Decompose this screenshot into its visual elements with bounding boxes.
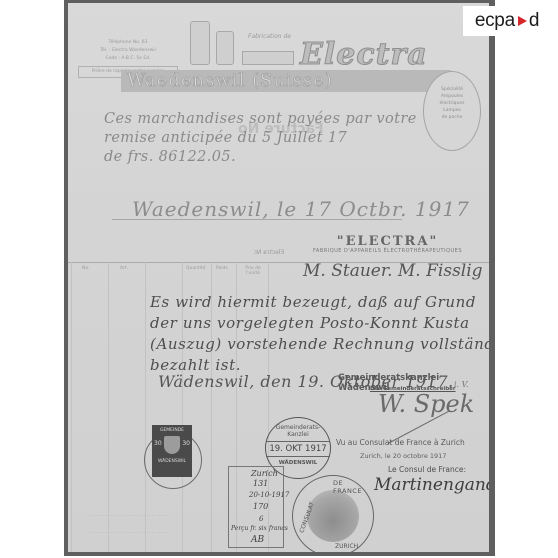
registry-line: Zurich (251, 469, 278, 478)
consul-signature: Martinengand (374, 475, 489, 495)
fine-print: · · · · · · · · · · · · · · · · · · · · … (88, 513, 168, 518)
logo-text: d (529, 10, 539, 32)
cert-line: (Auszug) vorstehende Rechnung vollständi… (150, 334, 489, 355)
registry-line: Perçu fr. six francs (231, 525, 288, 532)
note-line: Ces marchandises sont payées par votre (104, 110, 417, 129)
table-column-rule (145, 262, 146, 552)
seal-emblem-icon (307, 490, 359, 542)
date-stamp-top: Gemeinderats-Kanzlei (266, 424, 330, 438)
bleed-through-text: Electra Nr. (253, 249, 284, 256)
registry-line: 131 (253, 479, 268, 488)
table-header-cell: Prix de l'unité (240, 266, 266, 276)
note-line: remise anticipée du 5 Juillet 17 (104, 129, 417, 148)
fee-stamp: GEMEINDE 30 30 WÄDENSWIL (152, 425, 192, 477)
letterhead-brand: Electra (300, 37, 428, 72)
box-illustration (242, 51, 294, 65)
registry-line: 6 (259, 515, 263, 523)
payment-certification: Es wird hiermit bezeugt, daß auf Grund d… (150, 292, 489, 376)
logo-text: ecpa (475, 10, 515, 32)
registry-line: 20-10-1917 (249, 491, 289, 499)
company-stamp-name: "ELECTRA" (313, 234, 462, 249)
company-stamp: "ELECTRA" FABRIQUE D'APPAREILS ÉLECTROTH… (313, 234, 462, 254)
oval-line: Lampes (424, 107, 480, 114)
consul-title: Le Consul de France: (388, 465, 466, 474)
fine-print: · · · · · · · · · · · · · · · · · · · · … (88, 530, 168, 535)
document-page: Téléphone No. 63 Tél. : Electra Waedensw… (68, 3, 489, 552)
table-column-rule (71, 262, 72, 552)
seal-text: DE FRANCE (333, 479, 373, 495)
table-header-cell: Art. (120, 266, 128, 271)
municipal-iv: i. V. (454, 380, 469, 389)
municipal-signature: W. Spek (378, 390, 474, 418)
date-rule (112, 219, 402, 220)
fee-stamp-footer: WÄDENSWIL (152, 459, 192, 464)
company-stamp-subtitle: FABRIQUE D'APPAREILS ÉLECTROTHÉRAPEUTIQU… (313, 248, 462, 254)
consulate-seal: DE FRANCE CONSULAT ZURICH (292, 475, 374, 552)
registry-box: Zurich 131 20-10-1917 170 6 Perçu fr. si… (228, 466, 284, 548)
note-line: de frs. 86122.05. (104, 148, 417, 167)
consulate-visa: Vu au Consulat de France à Zurich (336, 438, 465, 447)
letterhead-tagline: Fabrication de (248, 33, 291, 40)
ecpad-logo: ecpa d (463, 6, 551, 36)
oval-line: Ampoules (424, 93, 480, 100)
cert-line: Es wird hiermit bezeugt, daß auf Grund (150, 292, 489, 313)
battery-illustration (190, 21, 210, 65)
table-header-cell: Quantité (186, 266, 206, 271)
handwritten-payment-note: Ces marchandises sont payées par votre r… (104, 110, 417, 167)
table-column-rule (108, 262, 109, 552)
oval-line: de poche (424, 114, 480, 121)
oval-line: électriques (424, 100, 480, 107)
fee-stamp-value: 30 (182, 440, 190, 447)
fee-stamp-value: 30 (154, 440, 162, 447)
product-illustration (188, 17, 298, 69)
contact-telegram: Tél. : Electra Waedenswil (78, 47, 178, 55)
place-date: Waedenswil, le 17 Octbr. 1917 (132, 197, 470, 221)
contact-code: Code : A.B.C. 5e Ed. (78, 55, 178, 63)
letterhead-oval: Spécialité Ampoules électriques Lampes d… (423, 71, 481, 151)
battery-illustration (216, 31, 234, 65)
seal-text: ZURICH (335, 543, 358, 550)
table-header-cell: No. (82, 266, 89, 271)
registry-line: 170 (253, 502, 268, 511)
date-stamp-date: 19. OKT 1917 (266, 441, 330, 457)
table-header-cell: Poids (216, 266, 228, 271)
registry-initials: AB (251, 535, 264, 545)
cert-line: der uns vorgelegten Posto-Konnt Kusta (150, 313, 489, 334)
oval-line: Spécialité (424, 86, 480, 93)
fee-stamp-header: GEMEINDE (152, 428, 192, 433)
consulate-date: Zurich, le 20 octobre 1917 (360, 452, 446, 460)
letterhead-banner: Waedenswil (Suisse) (121, 70, 451, 92)
fee-stamp-values: 30 30 (152, 440, 192, 447)
contact-phone: Téléphone No. 63 (78, 39, 178, 47)
play-triangle-icon (518, 16, 527, 26)
